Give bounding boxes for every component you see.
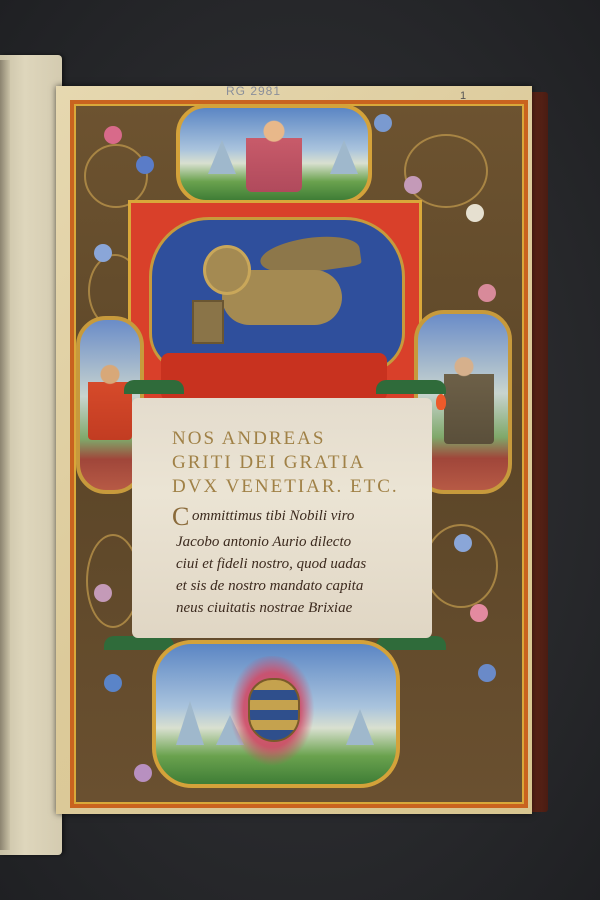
script-line: neus ciuitatis nostrae Brixiae	[176, 600, 352, 617]
red-pedestal	[161, 353, 387, 401]
flame	[436, 394, 446, 410]
flower-ornament	[470, 604, 488, 622]
script-line: ciui et fideli nostro, quod uadas	[176, 556, 366, 573]
vine-scroll	[404, 134, 488, 208]
vine-scroll	[84, 144, 148, 208]
flower-ornament	[104, 674, 122, 692]
flower-ornament	[134, 764, 152, 782]
flower-ornament	[404, 176, 422, 194]
heraldic-shield	[248, 678, 300, 742]
mountain	[330, 140, 358, 174]
flower-ornament	[374, 114, 392, 132]
madonna-figure	[246, 116, 302, 192]
blue-cloud-field	[149, 217, 405, 373]
monk-figure	[444, 354, 494, 444]
caps-line: GRITI DEI GRATIA	[172, 452, 365, 474]
script-line: Jacobo antonio Aurio dilecto	[176, 534, 351, 551]
script-line: et sis de nostro mandato capita	[176, 578, 363, 595]
flower-ornament	[104, 126, 122, 144]
caps-line: DVX VENETIAR. ETC.	[172, 476, 399, 498]
flower-ornament	[454, 534, 472, 552]
lion-head	[206, 248, 248, 292]
flower-ornament	[94, 244, 112, 262]
green-banner	[104, 636, 174, 650]
script-line: ommittimus tibi Nobili viro	[192, 508, 354, 525]
gospel-book	[192, 300, 224, 344]
mountain	[176, 701, 204, 745]
shelfmark: RG 2981	[226, 84, 281, 98]
flower-ornament	[478, 664, 496, 682]
flower-ornament	[94, 584, 112, 602]
saint-figure	[88, 360, 132, 440]
initial-letter: C	[172, 502, 189, 532]
flower-ornament	[478, 284, 496, 302]
madonna-miniature	[176, 104, 372, 204]
binding-edge	[0, 60, 10, 850]
green-banner	[124, 380, 184, 394]
green-banner	[376, 380, 446, 394]
flower-ornament	[136, 156, 154, 174]
mountain	[346, 709, 374, 745]
flower-ornament	[466, 204, 484, 222]
green-banner	[376, 636, 446, 650]
caps-line: NOS ANDREAS	[172, 428, 325, 450]
mountain	[208, 140, 236, 174]
